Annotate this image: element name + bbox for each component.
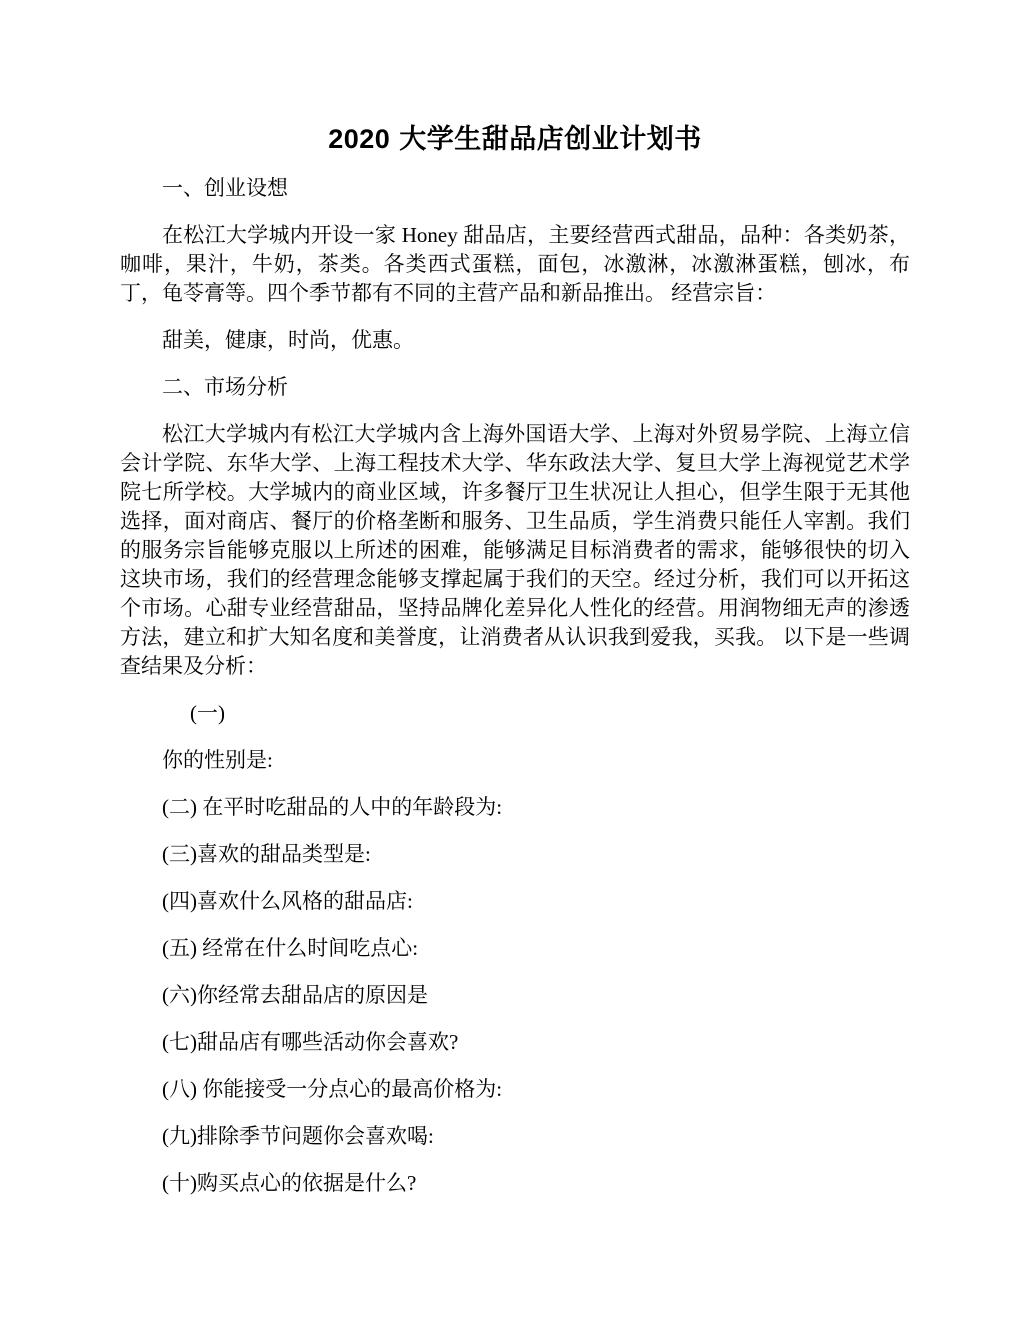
document-title-text: 大学生甜品店创业计划书 xyxy=(399,124,702,154)
survey-item-snack-time: (五) 经常在什么时间吃点心: xyxy=(120,934,910,963)
section-heading-market-analysis: 二、市场分析 xyxy=(120,373,910,402)
document-title: 2020大学生甜品店创业计划书 xyxy=(120,120,910,158)
survey-item-purchase-basis: (十)购买点心的依据是什么? xyxy=(120,1169,910,1198)
survey-item-dessert-type: (三)喜欢的甜品类型是: xyxy=(120,840,910,869)
survey-group-label: (一) xyxy=(120,699,910,728)
survey-item-gender: 你的性别是: xyxy=(120,746,910,775)
section-heading-business-idea: 一、创业设想 xyxy=(120,174,910,203)
survey-item-max-price: (八) 你能接受一分点心的最高价格为: xyxy=(120,1075,910,1104)
survey-item-favorite-activities: (七)甜品店有哪些活动你会喜欢? xyxy=(120,1028,910,1057)
survey-item-age-range: (二) 在平时吃甜品的人中的年龄段为: xyxy=(120,793,910,822)
document-title-year: 2020 xyxy=(328,124,390,154)
survey-item-shop-style: (四)喜欢什么风格的甜品店: xyxy=(120,887,910,916)
survey-item-visit-reason: (六)你经常去甜品店的原因是 xyxy=(120,981,910,1010)
document-page: 2020大学生甜品店创业计划书 一、创业设想 在松江大学城内开设一家 Honey… xyxy=(0,0,1020,1320)
paragraph-market-analysis: 松江大学城内有松江大学城内含上海外国语大学、上海对外贸易学院、上海立信会计学院、… xyxy=(120,420,910,681)
survey-item-favorite-drink: (九)排除季节问题你会喜欢喝: xyxy=(120,1122,910,1151)
paragraph-business-idea: 在松江大学城内开设一家 Honey 甜品店，主要经营西式甜品，品种：各类奶茶，咖… xyxy=(120,221,910,308)
paragraph-motto: 甜美，健康，时尚，优惠。 xyxy=(120,326,910,355)
